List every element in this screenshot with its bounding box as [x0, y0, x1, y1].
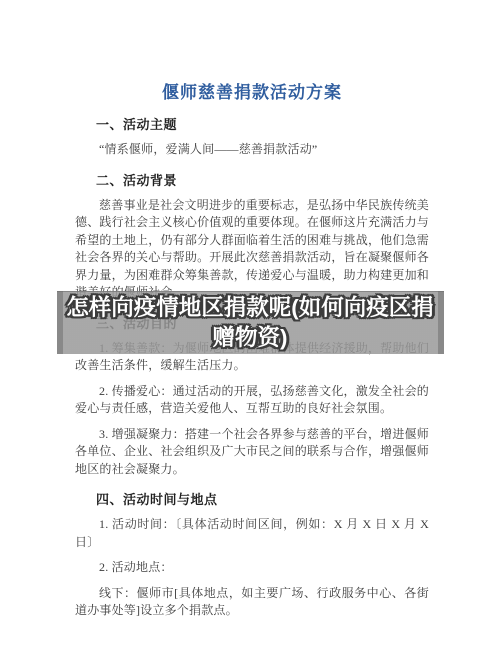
- document-title: 偃师慈善捐款活动方案: [75, 78, 429, 103]
- watermark-overlay-line-1: 怎样向疫情地区捐款呢(如何向疫区捐: [50, 293, 450, 323]
- paragraph-background: 慈善事业是社会文明进步的重要标志，是弘扬中华民族传统美德、践行社会主义核心价值观…: [75, 197, 429, 302]
- paragraph-purpose-2: 2. 传播爱心：通过活动的开展，弘扬慈善文化，激发全社会的爱心与责任感，营造关爱…: [75, 383, 429, 418]
- section-heading-time-place: 四、活动时间与地点: [96, 489, 429, 508]
- paragraph-time: 1. 活动时间：〔具体活动时间区间，例如：X 月 X 日 X 月 X 日〕: [75, 516, 429, 551]
- paragraph-offline-points: 线下：偃师市[具体地点，如主要广场、行政服务中心、各街道办事处等]设立多个捐款点…: [75, 585, 429, 620]
- paragraph-purpose-3: 3. 增强凝聚力：搭建一个社会各界参与慈善的平台，增进偃师各单位、企业、社会组织…: [75, 426, 429, 479]
- watermark-overlay-line-2: 赠物资): [50, 323, 450, 353]
- paragraph-theme-quote: “情系偃师，爱满人间——慈善捐款活动”: [75, 141, 429, 159]
- document-page: 偃师慈善捐款活动方案 一、活动主题 “情系偃师，爱满人间——慈善捐款活动” 二、…: [0, 0, 500, 647]
- paragraph-place: 2. 活动地点：: [75, 559, 429, 577]
- section-heading-theme: 一、活动主题: [96, 114, 429, 133]
- section-heading-background: 二、活动背景: [96, 170, 429, 189]
- watermark-overlay-title: 怎样向疫情地区捐款呢(如何向疫区捐 赠物资): [50, 293, 450, 353]
